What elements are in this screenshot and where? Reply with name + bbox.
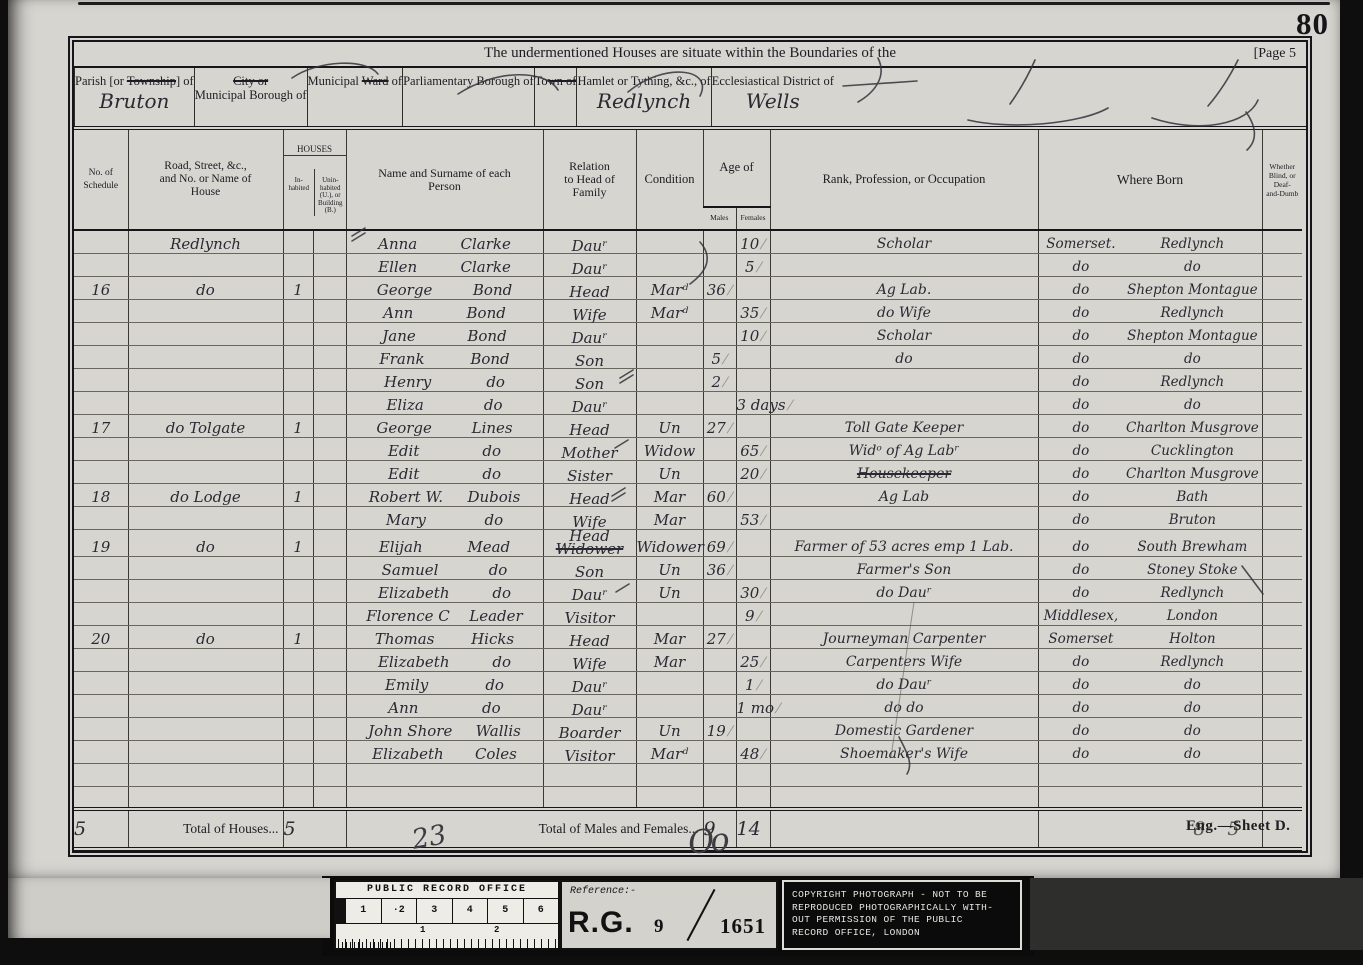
cell-condition xyxy=(636,763,703,786)
ruler-number: 5 xyxy=(487,899,523,923)
pencil-tick xyxy=(725,562,735,579)
cell-blind-deaf xyxy=(1262,230,1302,253)
cell-road xyxy=(128,460,283,483)
pencil-tick xyxy=(759,585,769,602)
cell-condition xyxy=(636,786,703,809)
cell-blind-deaf xyxy=(1262,579,1302,602)
born-county: do xyxy=(1039,654,1124,671)
cell-condition xyxy=(636,368,703,391)
born-county: do xyxy=(1039,746,1124,763)
cell-name: George Lines xyxy=(346,414,543,437)
boundary-label: City or Municipal Borough of xyxy=(195,74,307,102)
col-header-where-born: Where Born xyxy=(1038,130,1262,230)
surname: Dubois xyxy=(467,489,520,506)
surname: Lines xyxy=(472,420,513,437)
ruler-scale: 1 2 xyxy=(336,924,558,950)
cell-condition: Marᵈ xyxy=(636,299,703,322)
cell-inhabited xyxy=(283,579,313,602)
cell-name: Ann do xyxy=(346,694,543,717)
cell-occupation: do Dauʳ xyxy=(770,671,1038,694)
cell-age-female: 10 xyxy=(736,322,770,345)
cell-blind-deaf xyxy=(1262,602,1302,625)
surname: do xyxy=(486,374,505,391)
table-row: Elizabeth do Wife Mar xyxy=(74,648,1302,671)
cell-condition: Widow xyxy=(636,437,703,460)
cell-relation: Dauʳ xyxy=(543,230,636,253)
cell-relation xyxy=(543,763,636,786)
cell-schedule xyxy=(74,786,128,809)
cell-age-male xyxy=(703,740,736,763)
totals-houses-value: 5 xyxy=(283,809,346,849)
cell-schedule xyxy=(74,579,128,602)
cell-condition: Un xyxy=(636,414,703,437)
cell-inhabited xyxy=(283,717,313,740)
table-row: 19 do 1 Elijah Mead xyxy=(74,529,1302,556)
census-sheet: 80 The undermentioned Houses are situate… xyxy=(8,0,1340,880)
cell-inhabited xyxy=(283,671,313,694)
copyright-notice: COPYRIGHT PHOTOGRAPH - NOT TO BE REPRODU… xyxy=(782,880,1022,950)
table-row: 16 do 1 George Bond xyxy=(74,276,1302,299)
surname: Clarke xyxy=(461,236,511,253)
born-place: Shepton Montague xyxy=(1123,282,1261,299)
pencil-tick xyxy=(725,723,735,740)
table-row: 18 do Lodge 1 Robert W. Dubois xyxy=(74,483,1302,506)
surname: Bond xyxy=(467,328,506,345)
cell-schedule xyxy=(74,299,128,322)
cell-age-female: 20 xyxy=(736,460,770,483)
cell-age-male xyxy=(703,391,736,414)
pencil-tick xyxy=(725,489,735,506)
pencil-tick xyxy=(720,351,730,368)
boundary-handwritten-value: Redlynch xyxy=(577,89,710,113)
cell-inhabited: 1 xyxy=(283,625,313,648)
cell-relation: Visitor xyxy=(543,602,636,625)
boundary-cell: Town of xyxy=(534,68,577,126)
reference-box: Reference:- R.G. 9 1651 xyxy=(560,880,778,950)
cell-name: Ann Bond xyxy=(346,299,543,322)
pencil-scribble-left: 23 xyxy=(410,819,449,855)
cell-relation: Visitor xyxy=(543,740,636,763)
cell-age-female: 25 xyxy=(736,648,770,671)
cell-condition xyxy=(636,253,703,276)
cell-relation: Head Widower xyxy=(543,529,636,556)
cell-blind-deaf xyxy=(1262,717,1302,740)
cell-inhabited xyxy=(283,602,313,625)
cell-age-male: 27 xyxy=(703,414,736,437)
table-head: No. of Schedule Road, Street, &c., and N… xyxy=(74,130,1302,230)
cell-age-female: 3 days xyxy=(736,391,770,414)
cell-occupation: do Dauʳ xyxy=(770,579,1038,602)
cell-where-born: do Shepton Montague xyxy=(1038,276,1262,299)
cell-age-female: 1 mo xyxy=(736,694,770,717)
cell-name: Ellen Clarke xyxy=(346,253,543,276)
cell-blind-deaf xyxy=(1262,506,1302,529)
cell-blind-deaf xyxy=(1262,763,1302,786)
cell-inhabited xyxy=(283,345,313,368)
born-place: Charlton Musgrove xyxy=(1123,420,1261,437)
cell-condition: Mar xyxy=(636,648,703,671)
cell-schedule xyxy=(74,763,128,786)
cell-blind-deaf xyxy=(1262,391,1302,414)
table-row: Emily do Dauʳ xyxy=(74,671,1302,694)
table-row: Samuel do Son Un 36 xyxy=(74,556,1302,579)
cell-schedule xyxy=(74,671,128,694)
cell-uninhabited xyxy=(313,506,346,529)
cell-blind-deaf xyxy=(1262,437,1302,460)
cell-uninhabited xyxy=(313,556,346,579)
given-name: Anna xyxy=(378,236,417,253)
cell-uninhabited xyxy=(313,671,346,694)
cell-uninhabited xyxy=(313,786,346,809)
cell-where-born: do Charlton Musgrove xyxy=(1038,414,1262,437)
cell-age-male: 5 xyxy=(703,345,736,368)
reference-class: R.G. xyxy=(568,906,634,940)
given-name: Elizabeth xyxy=(378,585,450,602)
cell-road xyxy=(128,322,283,345)
cell-name: Robert W. Dubois xyxy=(346,483,543,506)
born-county: do xyxy=(1039,328,1124,345)
boundary-cell: Parish [or Township] of Bruton xyxy=(74,68,194,126)
public-record-office-ruler: PUBLIC RECORD OFFICE 1·23456 1 2 xyxy=(334,880,560,950)
cell-road xyxy=(128,345,283,368)
cell-uninhabited xyxy=(313,648,346,671)
cell-name: George Bond xyxy=(346,276,543,299)
given-name: George xyxy=(377,282,433,299)
cell-road xyxy=(128,648,283,671)
cell-age-female: 35 xyxy=(736,299,770,322)
cell-relation: Son xyxy=(543,345,636,368)
cell-uninhabited xyxy=(313,529,346,556)
pencil-tick xyxy=(725,539,735,556)
cell-age-female xyxy=(736,276,770,299)
surname: Wallis xyxy=(476,723,521,740)
cell-relation: Dauʳ xyxy=(543,579,636,602)
cell-road xyxy=(128,740,283,763)
surname: Bond xyxy=(473,282,512,299)
cell-schedule xyxy=(74,368,128,391)
given-name: Ann xyxy=(388,700,418,717)
pencil-tick xyxy=(759,654,769,671)
cell-relation: Dauʳ xyxy=(543,322,636,345)
cell-uninhabited xyxy=(313,437,346,460)
cell-where-born: do Stoney Stoke xyxy=(1038,556,1262,579)
cell-age-female xyxy=(736,556,770,579)
table-row: Henry do Son 2 xyxy=(74,368,1302,391)
cell-road: do xyxy=(128,276,283,299)
cell-blind-deaf xyxy=(1262,368,1302,391)
cell-age-male xyxy=(703,579,736,602)
cell-schedule xyxy=(74,506,128,529)
born-county: do xyxy=(1039,420,1124,437)
cell-relation: Dauʳ xyxy=(543,391,636,414)
cell-age-female xyxy=(736,414,770,437)
cell-age-female xyxy=(736,345,770,368)
cell-occupation: Shoemaker's Wife xyxy=(770,740,1038,763)
cell-road xyxy=(128,786,283,809)
born-place: Bath xyxy=(1123,489,1261,506)
born-place: Redlynch xyxy=(1123,585,1261,602)
cell-relation: Dauʳ xyxy=(543,253,636,276)
cell-schedule: 17 xyxy=(74,414,128,437)
cell-name: Jane Bond xyxy=(346,322,543,345)
surname: do xyxy=(482,700,501,717)
census-scan: 80 The undermentioned Houses are situate… xyxy=(0,0,1363,965)
born-place: Holton xyxy=(1123,631,1261,648)
table-row: Elizabeth Coles Visitor Marᵈ xyxy=(74,740,1302,763)
cell-schedule xyxy=(74,437,128,460)
born-county: do xyxy=(1039,443,1124,460)
cell-name: Elizabeth Coles xyxy=(346,740,543,763)
cell-inhabited xyxy=(283,648,313,671)
col-header-occupation: Rank, Profession, or Occupation xyxy=(770,130,1038,230)
cell-relation: Son xyxy=(543,368,636,391)
col-header-uninhabited: Unin- habited (U.), or Building (B.) xyxy=(315,169,346,216)
surname: Clarke xyxy=(460,259,510,276)
cell-inhabited xyxy=(283,694,313,717)
pencil-tick xyxy=(754,608,764,625)
surname: do xyxy=(492,585,511,602)
cell-name: John Shore Wallis xyxy=(346,717,543,740)
cell-schedule xyxy=(74,694,128,717)
pencil-tick xyxy=(720,374,730,391)
cell-inhabited: 1 xyxy=(283,529,313,556)
cell-road xyxy=(128,717,283,740)
surname: do xyxy=(489,562,508,579)
cell-relation: Wife xyxy=(543,648,636,671)
pencil-tick xyxy=(725,631,735,648)
given-name: Robert W. xyxy=(369,489,443,506)
born-place: do xyxy=(1123,746,1261,763)
cell-where-born: do Redlynch xyxy=(1038,299,1262,322)
cell-blind-deaf xyxy=(1262,694,1302,717)
cell-road xyxy=(128,579,283,602)
cell-relation: Son xyxy=(543,556,636,579)
reference-label: Reference:- xyxy=(570,886,636,897)
born-place: Shepton Montague xyxy=(1123,328,1261,345)
cell-blind-deaf xyxy=(1262,322,1302,345)
col-header-males: Males xyxy=(703,207,736,230)
surname: do xyxy=(484,397,503,414)
cell-inhabited xyxy=(283,253,313,276)
cell-uninhabited xyxy=(313,460,346,483)
pencil-tick xyxy=(754,677,764,694)
cell-blind-deaf xyxy=(1262,556,1302,579)
cell-occupation: Ag Lab xyxy=(770,483,1038,506)
cell-occupation: do do xyxy=(770,694,1038,717)
born-place: South Brewham xyxy=(1123,539,1261,556)
cell-inhabited xyxy=(283,299,313,322)
boundary-handwritten-value: Bruton xyxy=(75,89,194,113)
born-county: do xyxy=(1039,700,1124,717)
cell-blind-deaf xyxy=(1262,276,1302,299)
cell-inhabited xyxy=(283,556,313,579)
cell-road: do Lodge xyxy=(128,483,283,506)
pro-title: PUBLIC RECORD OFFICE xyxy=(336,882,558,899)
cell-age-female: 1 xyxy=(736,671,770,694)
form-frame: The undermentioned Houses are situate wi… xyxy=(68,36,1312,857)
surname: Hicks xyxy=(471,631,514,648)
cell-road xyxy=(128,602,283,625)
cell-road xyxy=(128,368,283,391)
cell-where-born: Somerset Holton xyxy=(1038,625,1262,648)
born-place: do xyxy=(1123,677,1261,694)
col-header-road: Road, Street, &c., and No. or Name of Ho… xyxy=(128,130,283,230)
table-row: 20 do 1 Thomas Hicks xyxy=(74,625,1302,648)
cell-blind-deaf xyxy=(1262,648,1302,671)
totals-females-value: 14 xyxy=(736,809,770,849)
cell-age-male xyxy=(703,437,736,460)
cell-relation: Dauʳ xyxy=(543,671,636,694)
cell-schedule xyxy=(74,602,128,625)
cell-age-female: 48 xyxy=(736,740,770,763)
cell-occupation xyxy=(770,602,1038,625)
born-place: Bruton xyxy=(1123,512,1261,529)
boundary-cell: Parliamentary Borough of xyxy=(402,68,534,126)
given-name: Emily xyxy=(385,677,428,694)
cell-schedule: 18 xyxy=(74,483,128,506)
cell-age-male xyxy=(703,506,736,529)
cell-name: Samuel do xyxy=(346,556,543,579)
given-name: Jane xyxy=(382,328,416,345)
boundary-cell: City or Municipal Borough of xyxy=(194,68,307,126)
cell-relation: Head xyxy=(543,625,636,648)
cell-where-born: Somerset. Redlynch xyxy=(1038,230,1262,253)
pencil-tick xyxy=(759,305,769,322)
cell-occupation: Farmer of 53 acres emp 1 Lab. xyxy=(770,529,1038,556)
table-row: Ann Bond Wife Marᵈ xyxy=(74,299,1302,322)
cell-uninhabited xyxy=(313,579,346,602)
cell-schedule xyxy=(74,740,128,763)
cell-age-male: 27 xyxy=(703,625,736,648)
col-header-inhabited: In- habited xyxy=(284,169,316,216)
table-row: Frank Bond Son 5 xyxy=(74,345,1302,368)
cell-age-female: 10 xyxy=(736,230,770,253)
born-county: do xyxy=(1039,282,1124,299)
cell-age-male xyxy=(703,694,736,717)
cell-blind-deaf xyxy=(1262,345,1302,368)
boundary-label: Ecclesiastical District of xyxy=(712,74,834,88)
cell-age-male: 36 xyxy=(703,276,736,299)
cell-blind-deaf xyxy=(1262,625,1302,648)
cell-schedule xyxy=(74,648,128,671)
cell-name: Elizabeth do xyxy=(346,579,543,602)
boundary-label: Parliamentary Borough of xyxy=(403,74,534,88)
cell-blind-deaf xyxy=(1262,414,1302,437)
cell-uninhabited xyxy=(313,694,346,717)
col-header-females: Females xyxy=(736,207,770,230)
cell-name: Anna Clarke xyxy=(346,230,543,253)
cell-relation: Head xyxy=(543,414,636,437)
table-row xyxy=(74,763,1302,786)
cell-name: Thomas Hicks xyxy=(346,625,543,648)
born-county: Somerset xyxy=(1039,631,1124,648)
cell-age-male xyxy=(703,602,736,625)
surname: do xyxy=(482,443,501,460)
cell-age-female xyxy=(736,625,770,648)
cell-inhabited xyxy=(283,460,313,483)
cell-occupation: Ag Lab. xyxy=(770,276,1038,299)
paper-edge-line xyxy=(78,2,1330,5)
page-label: [Page 5 xyxy=(1254,46,1296,62)
col-header-houses: HOUSES In- habited Unin- habited (U.), o… xyxy=(283,130,346,230)
cell-uninhabited xyxy=(313,717,346,740)
cell-occupation: Scholar xyxy=(770,322,1038,345)
cell-name: Edit do xyxy=(346,460,543,483)
boundary-label: Hamlet or Tything, &c., of xyxy=(577,74,710,88)
cell-age-male: 2 xyxy=(703,368,736,391)
col-header-schedule: No. of Schedule xyxy=(74,130,128,230)
cell-schedule: 19 xyxy=(74,529,128,556)
surname: Bond xyxy=(470,351,509,368)
cell-uninhabited xyxy=(313,602,346,625)
col-header-age: Age of xyxy=(703,130,770,207)
cell-inhabited xyxy=(283,506,313,529)
cell-blind-deaf xyxy=(1262,299,1302,322)
cell-uninhabited xyxy=(313,368,346,391)
cell-uninhabited xyxy=(313,391,346,414)
cell-inhabited xyxy=(283,437,313,460)
ruler-number: 1 xyxy=(345,899,381,923)
cell-occupation: do xyxy=(770,345,1038,368)
cell-relation: Sister xyxy=(543,460,636,483)
cell-where-born: do do xyxy=(1038,694,1262,717)
cell-where-born: do Redlynch xyxy=(1038,368,1262,391)
boundary-cell: Ecclesiastical District of Wells xyxy=(711,68,834,126)
born-county: do xyxy=(1039,512,1124,529)
cell-inhabited xyxy=(283,763,313,786)
boundary-handwritten-value: Wells xyxy=(712,89,834,113)
cell-where-born xyxy=(1038,763,1262,786)
cell-inhabited xyxy=(283,786,313,809)
born-county: do xyxy=(1039,489,1124,506)
cell-name: Emily do xyxy=(346,671,543,694)
cell-name: Eliza do xyxy=(346,391,543,414)
table-row: 17 do Tolgate 1 George Lines xyxy=(74,414,1302,437)
born-county: do xyxy=(1039,723,1124,740)
cell-uninhabited xyxy=(313,230,346,253)
cell-age-female xyxy=(736,717,770,740)
cell-occupation: Scholar xyxy=(770,230,1038,253)
given-name: Eliza xyxy=(386,397,423,414)
cell-name: Frank Bond xyxy=(346,345,543,368)
surname: do xyxy=(482,466,501,483)
cell-inhabited: 1 xyxy=(283,276,313,299)
cell-road: do xyxy=(128,529,283,556)
sheet-note: Eng.—Sheet D. xyxy=(1186,818,1290,835)
cell-condition xyxy=(636,322,703,345)
surname: do xyxy=(492,654,511,671)
cell-occupation xyxy=(770,368,1038,391)
cell-blind-deaf xyxy=(1262,529,1302,556)
cell-condition: Un xyxy=(636,460,703,483)
cell-schedule: 20 xyxy=(74,625,128,648)
born-place: do xyxy=(1123,700,1261,717)
given-name: Samuel xyxy=(382,562,439,579)
table-row: Eliza do Dauʳ xyxy=(74,391,1302,414)
cell-schedule: 16 xyxy=(74,276,128,299)
cell-uninhabited xyxy=(313,740,346,763)
col-header-blind-deaf: Whether Blind, or Deaf- and-Dumb xyxy=(1262,130,1302,230)
ruler-number: ·2 xyxy=(381,899,417,923)
given-name: Ellen xyxy=(378,259,417,276)
born-county: Middlesex, xyxy=(1039,608,1124,625)
cell-age-female xyxy=(736,483,770,506)
cell-where-born: do do xyxy=(1038,740,1262,763)
cell-inhabited xyxy=(283,368,313,391)
reference-slash xyxy=(687,889,716,941)
pencil-tick xyxy=(759,466,769,483)
cell-road xyxy=(128,694,283,717)
